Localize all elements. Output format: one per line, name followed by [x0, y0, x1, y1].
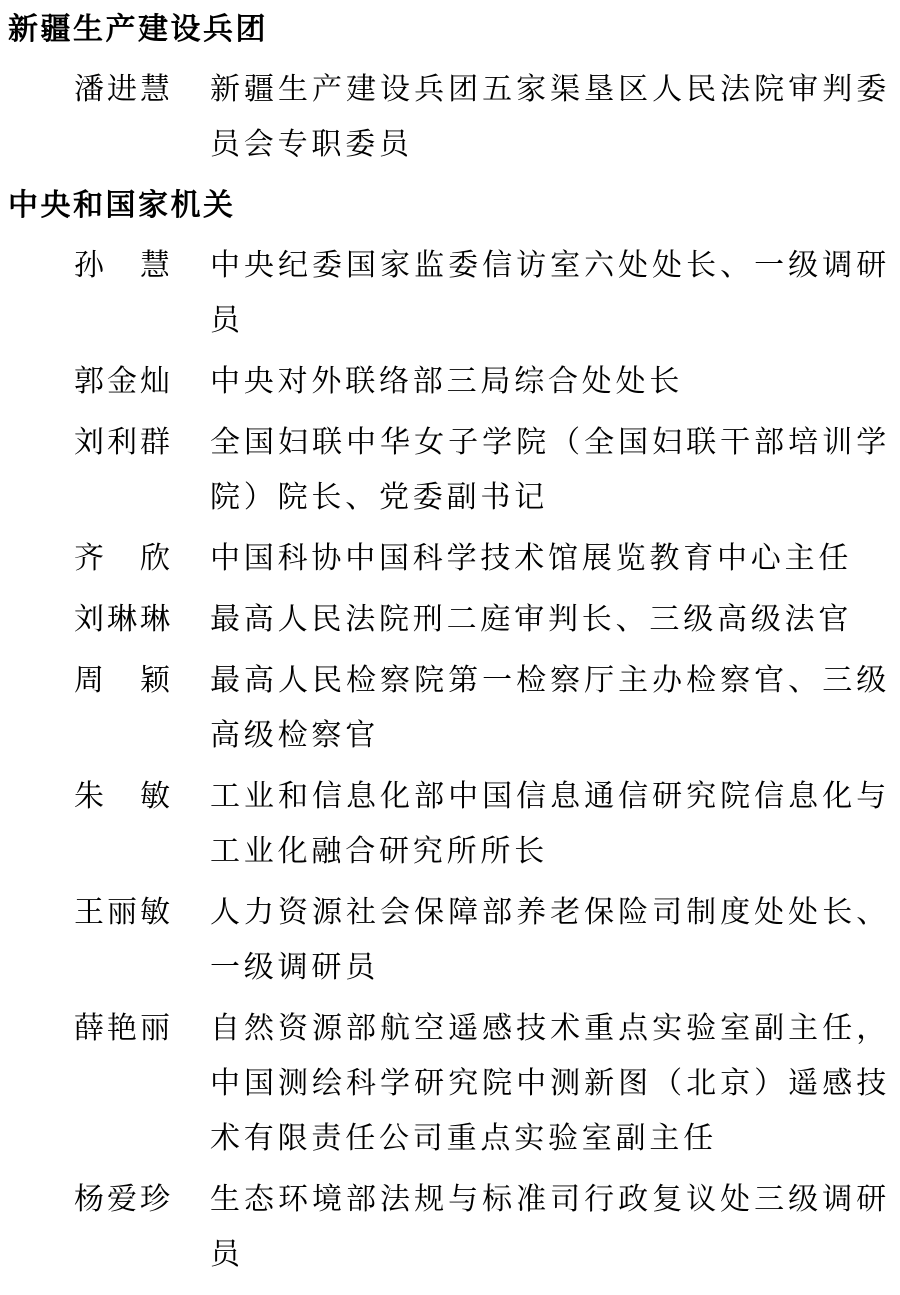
entry-row: 朱敏工业和信息化部中国信息通信研究院信息化与工业化融合研究所所长 [0, 769, 900, 879]
person-name-char: 利 [107, 415, 137, 470]
person-name-char: 艳 [107, 1001, 137, 1056]
person-title: 最高人民法院刑二庭审判长、三级高级法官 [210, 592, 890, 647]
person-name-char: 慧 [140, 62, 170, 117]
person-name: 刘利群 [74, 415, 170, 470]
person-title: 自然资源部航空遥感技术重点实验室副主任，中国测绘科学研究院中测新图（北京）遥感技… [210, 1001, 890, 1166]
person-name-char: 孙 [74, 238, 104, 293]
person-name: 杨爱珍 [74, 1172, 170, 1227]
person-name: 刘琳琳 [74, 592, 170, 647]
person-title: 中央纪委国家监委信访室六处处长、一级调研员 [210, 238, 890, 348]
person-name: 薛艳丽 [74, 1001, 170, 1056]
person-name-char: 杨 [74, 1172, 104, 1227]
person-name-char: 群 [140, 415, 170, 470]
person-name-char: 敏 [140, 769, 170, 824]
person-name-char: 郭 [74, 354, 104, 409]
person-name-char: 刘 [74, 592, 104, 647]
person-name: 齐欣 [74, 531, 170, 586]
person-title: 全国妇联中华女子学院（全国妇联干部培训学院）院长、党委副书记 [210, 415, 890, 525]
entry-row: 杨爱珍生态环境部法规与标准司行政复议处三级调研员 [0, 1172, 900, 1282]
entry-row: 刘利群全国妇联中华女子学院（全国妇联干部培训学院）院长、党委副书记 [0, 415, 900, 525]
person-title: 工业和信息化部中国信息通信研究院信息化与工业化融合研究所所长 [210, 769, 890, 879]
person-name-char: 欣 [140, 531, 170, 586]
person-name: 孙慧 [74, 238, 170, 293]
person-name-char: 慧 [140, 238, 170, 293]
person-title: 新疆生产建设兵团五家渠垦区人民法院审判委员会专职委员 [210, 62, 890, 172]
section-header: 新疆生产建设兵团 [0, 2, 900, 57]
section-header: 中央和国家机关 [0, 178, 900, 233]
person-title: 中央对外联络部三局综合处处长 [210, 354, 890, 409]
person-name-char: 刘 [74, 415, 104, 470]
entry-row: 刘琳琳最高人民法院刑二庭审判长、三级高级法官 [0, 592, 900, 647]
entry-row: 王丽敏人力资源社会保障部养老保险司制度处处长、一级调研员 [0, 885, 900, 995]
person-name-char: 琳 [140, 592, 170, 647]
person-name-char: 潘 [74, 62, 104, 117]
person-name-char: 珍 [140, 1172, 170, 1227]
person-title: 中国科协中国科学技术馆展览教育中心主任 [210, 531, 890, 586]
person-name: 周颖 [74, 653, 170, 708]
person-name: 郭金灿 [74, 354, 170, 409]
person-name-char: 金 [107, 354, 137, 409]
entry-row: 孙慧中央纪委国家监委信访室六处处长、一级调研员 [0, 238, 900, 348]
person-name-char: 丽 [107, 885, 137, 940]
entry-row: 周颖最高人民检察院第一检察厅主办检察官、三级高级检察官 [0, 653, 900, 763]
person-name-char: 琳 [107, 592, 137, 647]
entry-row: 潘进慧新疆生产建设兵团五家渠垦区人民法院审判委员会专职委员 [0, 62, 900, 172]
person-name-char: 颖 [140, 653, 170, 708]
document-page: 新疆生产建设兵团潘进慧新疆生产建设兵团五家渠垦区人民法院审判委员会专职委员中央和… [0, 0, 900, 1295]
person-title: 人力资源社会保障部养老保险司制度处处长、一级调研员 [210, 885, 890, 995]
person-name-char: 进 [107, 62, 137, 117]
person-name-char: 齐 [74, 531, 104, 586]
person-name-char: 丽 [140, 1001, 170, 1056]
person-title: 生态环境部法规与标准司行政复议处三级调研员 [210, 1172, 890, 1282]
person-name-char: 灿 [140, 354, 170, 409]
entry-row: 齐欣中国科协中国科学技术馆展览教育中心主任 [0, 531, 900, 586]
person-name-char: 薛 [74, 1001, 104, 1056]
person-name: 潘进慧 [74, 62, 170, 117]
person-name-char: 周 [74, 653, 104, 708]
entry-row: 薛艳丽自然资源部航空遥感技术重点实验室副主任，中国测绘科学研究院中测新图（北京）… [0, 1001, 900, 1166]
person-name-char: 朱 [74, 769, 104, 824]
person-title: 最高人民检察院第一检察厅主办检察官、三级高级检察官 [210, 653, 890, 763]
person-name-char: 爱 [107, 1172, 137, 1227]
person-name-char: 敏 [140, 885, 170, 940]
person-name: 朱敏 [74, 769, 170, 824]
person-name-char: 王 [74, 885, 104, 940]
person-name: 王丽敏 [74, 885, 170, 940]
entry-row: 郭金灿中央对外联络部三局综合处处长 [0, 354, 900, 409]
